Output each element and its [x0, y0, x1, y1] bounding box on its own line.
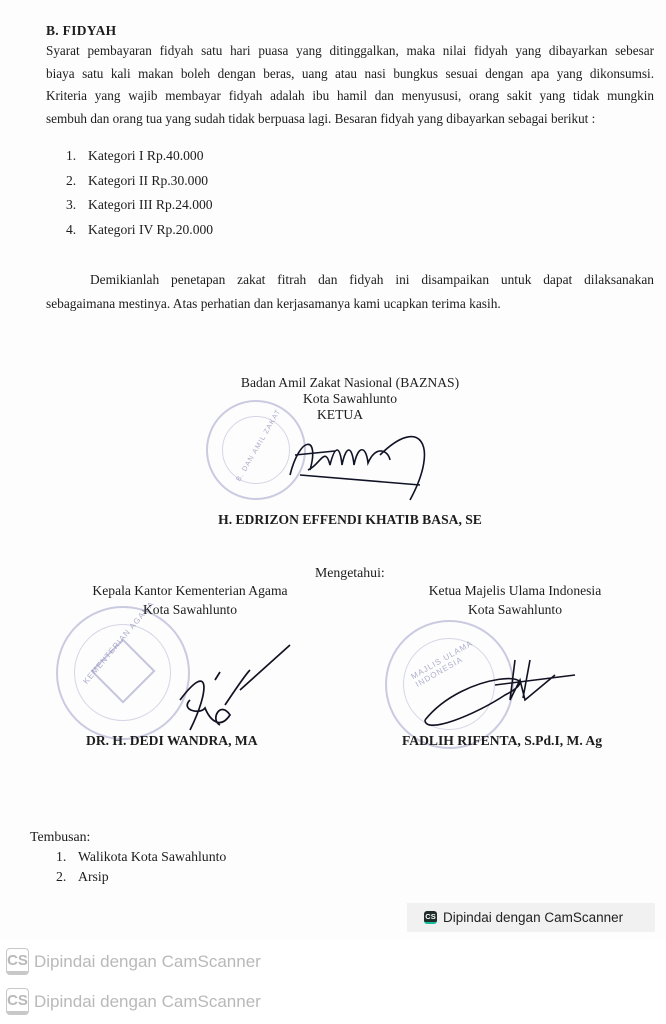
mui-role: Ketua Majelis Ulama Indonesia [395, 583, 635, 599]
paragraph-line: Syarat pembayaran fidyah satu hari puasa… [46, 40, 654, 63]
kemenag-role: Kepala Kantor Kementerian Agama [60, 583, 320, 599]
fidyah-paragraph: Syarat pembayaran fidyah satu hari puasa… [46, 40, 654, 130]
baznas-city: Kota Sawahlunto [190, 391, 510, 407]
watermark-text: Dipindai dengan CamScanner [34, 992, 261, 1012]
baznas-signature [280, 415, 440, 515]
watermark-text: Dipindai dengan CamScanner [34, 952, 261, 972]
cs-logo-icon: CS [6, 988, 29, 1015]
category-text: Kategori IV Rp.20.000 [88, 222, 213, 247]
closing-line: sebagaimana mestinya. Atas perhatian dan… [46, 292, 654, 316]
list-item: 4.Kategori IV Rp.20.000 [66, 222, 213, 247]
mui-city: Kota Sawahlunto [395, 602, 635, 618]
fidyah-category-list: 1.Kategori I Rp.40.000 2.Kategori II Rp.… [66, 148, 213, 246]
paragraph-line: sembuh dan orang tua yang sudah tidak be… [46, 108, 654, 131]
kemenag-signatory-name: DR. H. DEDI WANDRA, MA [86, 733, 258, 749]
list-item: 1.Kategori I Rp.40.000 [66, 148, 213, 173]
closing-paragraph: Demikianlah penetapan zakat fitrah dan f… [46, 268, 654, 316]
list-item: 1.Walikota Kota Sawahlunto [30, 847, 226, 867]
acknowledged-label: Mengetahui: [315, 565, 385, 581]
list-item: 2.Kategori II Rp.30.000 [66, 173, 213, 198]
mui-signatory-name: FADLIH RIFENTA, S.Pd.I, M. Ag [402, 733, 602, 749]
camscanner-watermark: CS Dipindai dengan CamScanner [6, 948, 261, 975]
category-text: Kategori III Rp.24.000 [88, 197, 213, 222]
list-item: 3.Kategori III Rp.24.000 [66, 197, 213, 222]
closing-line: Demikianlah penetapan zakat fitrah dan f… [46, 268, 654, 292]
mui-signature [405, 640, 585, 740]
kemenag-signature [150, 620, 310, 750]
list-item: 2.Arsip [30, 867, 226, 887]
cs-logo-icon: CS [6, 948, 29, 975]
paragraph-line: biaya satu kali makan boleh dengan beras… [46, 63, 654, 86]
copies-label: Tembusan: [30, 827, 226, 847]
baznas-org: Badan Amil Zakat Nasional (BAZNAS) [190, 375, 510, 391]
category-text: Kategori I Rp.40.000 [88, 148, 204, 173]
camscanner-badge-text: Dipindai dengan CamScanner [443, 910, 623, 925]
cs-logo-icon: CS [424, 911, 437, 924]
kemenag-city: Kota Sawahlunto [60, 602, 320, 618]
section-heading: B. FIDYAH [46, 23, 116, 39]
baznas-signatory-name: H. EDRIZON EFFENDI KHATIB BASA, SE [180, 512, 520, 528]
scanned-document-page: B. FIDYAH Syarat pembayaran fidyah satu … [0, 0, 666, 940]
paragraph-line: Kriteria yang wajib membayar fidyah adal… [46, 85, 654, 108]
category-text: Kategori II Rp.30.000 [88, 173, 208, 198]
camscanner-watermark: CS Dipindai dengan CamScanner [6, 988, 261, 1015]
camscanner-badge: CS Dipindai dengan CamScanner [407, 903, 655, 932]
copies-section: Tembusan: 1.Walikota Kota Sawahlunto 2.A… [30, 827, 226, 887]
